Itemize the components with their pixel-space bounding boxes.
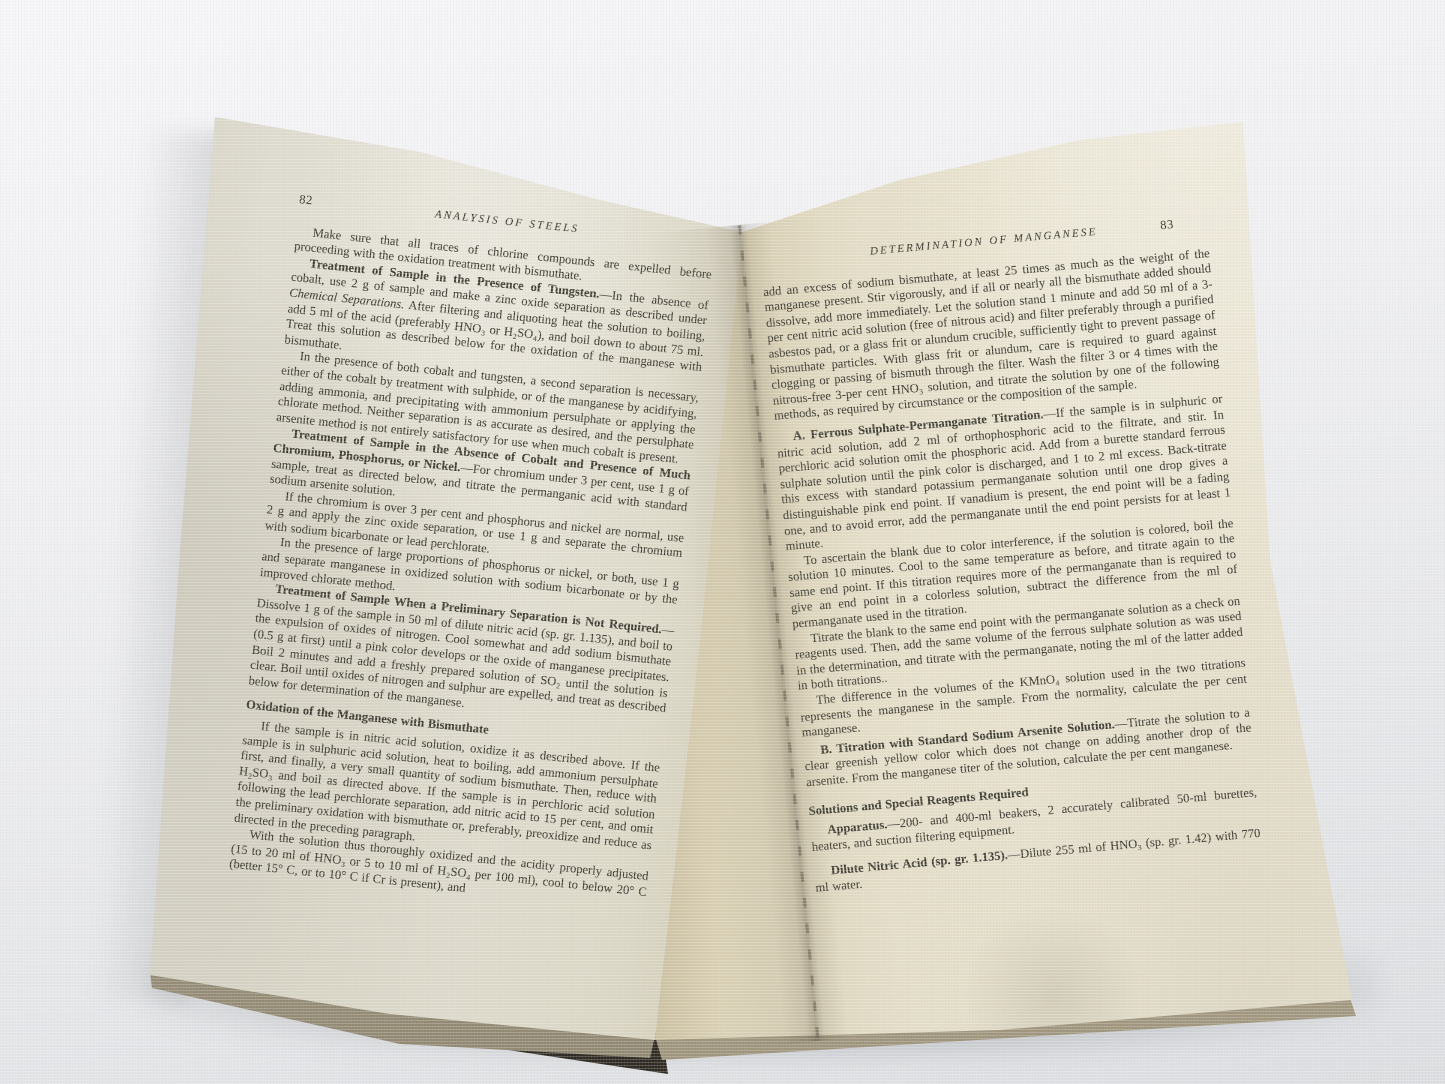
page-number-right: 83 <box>1126 214 1207 237</box>
right-page-text: DETERMINATION OF MANGANESE 83 add an exc… <box>760 214 1263 896</box>
header-spacer-left <box>669 242 715 247</box>
page-number-left: 82 <box>298 192 345 212</box>
book-photo: 82 ANALYSIS OF STEELS Make sure that all… <box>0 0 1445 1084</box>
header-spacer-right <box>761 257 841 264</box>
right-page: DETERMINATION OF MANGANESE 83 add an exc… <box>630 80 1370 1065</box>
left-page-text: 82 ANALYSIS OF STEELS Make sure that all… <box>229 192 716 916</box>
left-page: 82 ANALYSIS OF STEELS Make sure that all… <box>140 100 760 1060</box>
